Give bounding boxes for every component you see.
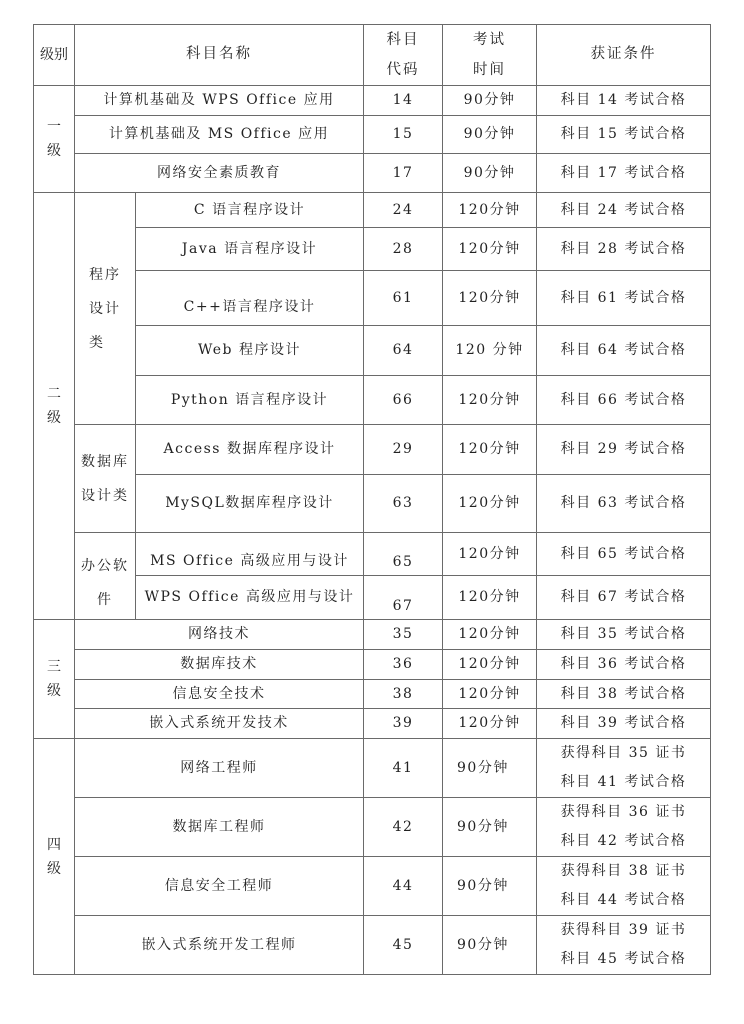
subject-code: 61 bbox=[364, 271, 443, 326]
cert-condition: 科目 28 考试合格 bbox=[537, 228, 711, 271]
subject-code: 35 bbox=[364, 620, 443, 650]
table-row: 二级 程序设计类 C 语言程序设计 24 120分钟 科目 24 考试合格 bbox=[34, 193, 711, 228]
table-row: C++语言程序设计 61 120分钟 科目 61 考试合格 bbox=[34, 271, 711, 326]
exam-time: 90分钟 bbox=[443, 86, 537, 116]
table-row: MySQL数据库程序设计 63 120分钟 科目 63 考试合格 bbox=[34, 475, 711, 533]
subject-code: 38 bbox=[364, 680, 443, 709]
exam-time: 120分钟 bbox=[443, 425, 537, 475]
header-time: 考试时间 bbox=[443, 25, 537, 86]
subject-name: MS Office 高级应用与设计 bbox=[136, 533, 364, 576]
subject-name: C++语言程序设计 bbox=[136, 271, 364, 326]
category-programming: 程序设计类 bbox=[75, 193, 136, 425]
level-4-label: 四级 bbox=[34, 739, 75, 975]
subject-code: 44 bbox=[364, 857, 443, 916]
cert-condition: 获得科目 38 证书科目 44 考试合格 bbox=[537, 857, 711, 916]
exam-time: 120分钟 bbox=[443, 709, 537, 739]
header-code: 科目代码 bbox=[364, 25, 443, 86]
cert-condition: 科目 38 考试合格 bbox=[537, 680, 711, 709]
level-2-label: 二级 bbox=[34, 193, 75, 620]
table-row: 信息安全技术 38 120分钟 科目 38 考试合格 bbox=[34, 680, 711, 709]
table-row: 嵌入式系统开发技术 39 120分钟 科目 39 考试合格 bbox=[34, 709, 711, 739]
cert-condition: 科目 39 考试合格 bbox=[537, 709, 711, 739]
subject-name: 网络工程师 bbox=[75, 739, 364, 798]
subject-code: 39 bbox=[364, 709, 443, 739]
exam-time: 90分钟 bbox=[443, 916, 537, 975]
exam-time: 90分钟 bbox=[443, 154, 537, 193]
level-1-label: 一级 bbox=[34, 86, 75, 193]
cert-condition: 科目 65 考试合格 bbox=[537, 533, 711, 576]
table-row: 一级 计算机基础及 WPS Office 应用 14 90分钟 科目 14 考试… bbox=[34, 86, 711, 116]
table-row: 信息安全工程师 44 90分钟 获得科目 38 证书科目 44 考试合格 bbox=[34, 857, 711, 916]
header-level: 级别 bbox=[34, 25, 75, 86]
subject-code: 36 bbox=[364, 650, 443, 680]
subject-name: MySQL数据库程序设计 bbox=[136, 475, 364, 533]
cert-condition: 科目 15 考试合格 bbox=[537, 116, 711, 154]
subject-name: 计算机基础及 MS Office 应用 bbox=[75, 116, 364, 154]
exam-time: 120 分钟 bbox=[443, 326, 537, 376]
subject-name: 嵌入式系统开发技术 bbox=[75, 709, 364, 739]
cert-condition: 获得科目 39 证书科目 45 考试合格 bbox=[537, 916, 711, 975]
cert-condition: 科目 63 考试合格 bbox=[537, 475, 711, 533]
subject-code: 66 bbox=[364, 376, 443, 425]
cert-condition: 科目 29 考试合格 bbox=[537, 425, 711, 475]
subject-code: 14 bbox=[364, 86, 443, 116]
subject-name: 数据库技术 bbox=[75, 650, 364, 680]
table-row: 办公软件 MS Office 高级应用与设计 65 120分钟 科目 65 考试… bbox=[34, 533, 711, 576]
subject-code: 64 bbox=[364, 326, 443, 376]
cert-condition: 科目 36 考试合格 bbox=[537, 650, 711, 680]
exam-time: 120分钟 bbox=[443, 576, 537, 620]
exam-time: 90分钟 bbox=[443, 857, 537, 916]
subject-name: 网络技术 bbox=[75, 620, 364, 650]
cert-condition: 获得科目 35 证书科目 41 考试合格 bbox=[537, 739, 711, 798]
subject-name: 信息安全技术 bbox=[75, 680, 364, 709]
subject-code: 28 bbox=[364, 228, 443, 271]
exam-time: 90分钟 bbox=[443, 116, 537, 154]
cert-condition: 科目 17 考试合格 bbox=[537, 154, 711, 193]
subject-code: 67 bbox=[364, 576, 443, 620]
cert-condition: 科目 24 考试合格 bbox=[537, 193, 711, 228]
cert-condition: 获得科目 36 证书科目 42 考试合格 bbox=[537, 798, 711, 857]
cert-condition: 科目 61 考试合格 bbox=[537, 271, 711, 326]
subject-name: Python 语言程序设计 bbox=[136, 376, 364, 425]
table-row: Python 语言程序设计 66 120分钟 科目 66 考试合格 bbox=[34, 376, 711, 425]
subject-name: Access 数据库程序设计 bbox=[136, 425, 364, 475]
exam-time: 120分钟 bbox=[443, 376, 537, 425]
table-row: Web 程序设计 64 120 分钟 科目 64 考试合格 bbox=[34, 326, 711, 376]
subject-code: 41 bbox=[364, 739, 443, 798]
level-3-label: 三级 bbox=[34, 620, 75, 739]
exam-subjects-table: 级别 科目名称 科目代码 考试时间 获证条件 一级 计算机基础及 WPS Off… bbox=[33, 24, 711, 975]
table-row: 网络安全素质教育 17 90分钟 科目 17 考试合格 bbox=[34, 154, 711, 193]
exam-time: 120分钟 bbox=[443, 271, 537, 326]
subject-code: 17 bbox=[364, 154, 443, 193]
table-row: WPS Office 高级应用与设计 67 120分钟 科目 67 考试合格 bbox=[34, 576, 711, 620]
subject-name: 嵌入式系统开发工程师 bbox=[75, 916, 364, 975]
table-row: Java 语言程序设计 28 120分钟 科目 28 考试合格 bbox=[34, 228, 711, 271]
subject-code: 65 bbox=[364, 533, 443, 576]
table-row: 三级 网络技术 35 120分钟 科目 35 考试合格 bbox=[34, 620, 711, 650]
subject-code: 29 bbox=[364, 425, 443, 475]
cert-condition: 科目 35 考试合格 bbox=[537, 620, 711, 650]
exam-time: 120分钟 bbox=[443, 650, 537, 680]
table-row: 嵌入式系统开发工程师 45 90分钟 获得科目 39 证书科目 45 考试合格 bbox=[34, 916, 711, 975]
exam-time: 120分钟 bbox=[443, 228, 537, 271]
cert-condition: 科目 67 考试合格 bbox=[537, 576, 711, 620]
subject-name: Java 语言程序设计 bbox=[136, 228, 364, 271]
exam-time: 120分钟 bbox=[443, 680, 537, 709]
table-row: 计算机基础及 MS Office 应用 15 90分钟 科目 15 考试合格 bbox=[34, 116, 711, 154]
table-row: 数据库技术 36 120分钟 科目 36 考试合格 bbox=[34, 650, 711, 680]
category-office: 办公软件 bbox=[75, 533, 136, 620]
subject-name: WPS Office 高级应用与设计 bbox=[136, 576, 364, 620]
category-database: 数据库设计类 bbox=[75, 425, 136, 533]
subject-name: Web 程序设计 bbox=[136, 326, 364, 376]
subject-code: 42 bbox=[364, 798, 443, 857]
subject-code: 63 bbox=[364, 475, 443, 533]
header-subject-name: 科目名称 bbox=[75, 25, 364, 86]
exam-time: 90分钟 bbox=[443, 739, 537, 798]
cert-condition: 科目 64 考试合格 bbox=[537, 326, 711, 376]
subject-code: 15 bbox=[364, 116, 443, 154]
subject-name: 计算机基础及 WPS Office 应用 bbox=[75, 86, 364, 116]
subject-name: 网络安全素质教育 bbox=[75, 154, 364, 193]
table-row: 四级 网络工程师 41 90分钟 获得科目 35 证书科目 41 考试合格 bbox=[34, 739, 711, 798]
subject-name: 数据库工程师 bbox=[75, 798, 364, 857]
cert-condition: 科目 14 考试合格 bbox=[537, 86, 711, 116]
table-row: 数据库工程师 42 90分钟 获得科目 36 证书科目 42 考试合格 bbox=[34, 798, 711, 857]
exam-time: 120分钟 bbox=[443, 620, 537, 650]
exam-time: 120分钟 bbox=[443, 533, 537, 576]
exam-time: 90分钟 bbox=[443, 798, 537, 857]
table-row: 数据库设计类 Access 数据库程序设计 29 120分钟 科目 29 考试合… bbox=[34, 425, 711, 475]
exam-time: 120分钟 bbox=[443, 193, 537, 228]
subject-code: 45 bbox=[364, 916, 443, 975]
subject-name: C 语言程序设计 bbox=[136, 193, 364, 228]
cert-condition: 科目 66 考试合格 bbox=[537, 376, 711, 425]
header-row: 级别 科目名称 科目代码 考试时间 获证条件 bbox=[34, 25, 711, 86]
exam-time: 120分钟 bbox=[443, 475, 537, 533]
subject-code: 24 bbox=[364, 193, 443, 228]
header-condition: 获证条件 bbox=[537, 25, 711, 86]
subject-name: 信息安全工程师 bbox=[75, 857, 364, 916]
